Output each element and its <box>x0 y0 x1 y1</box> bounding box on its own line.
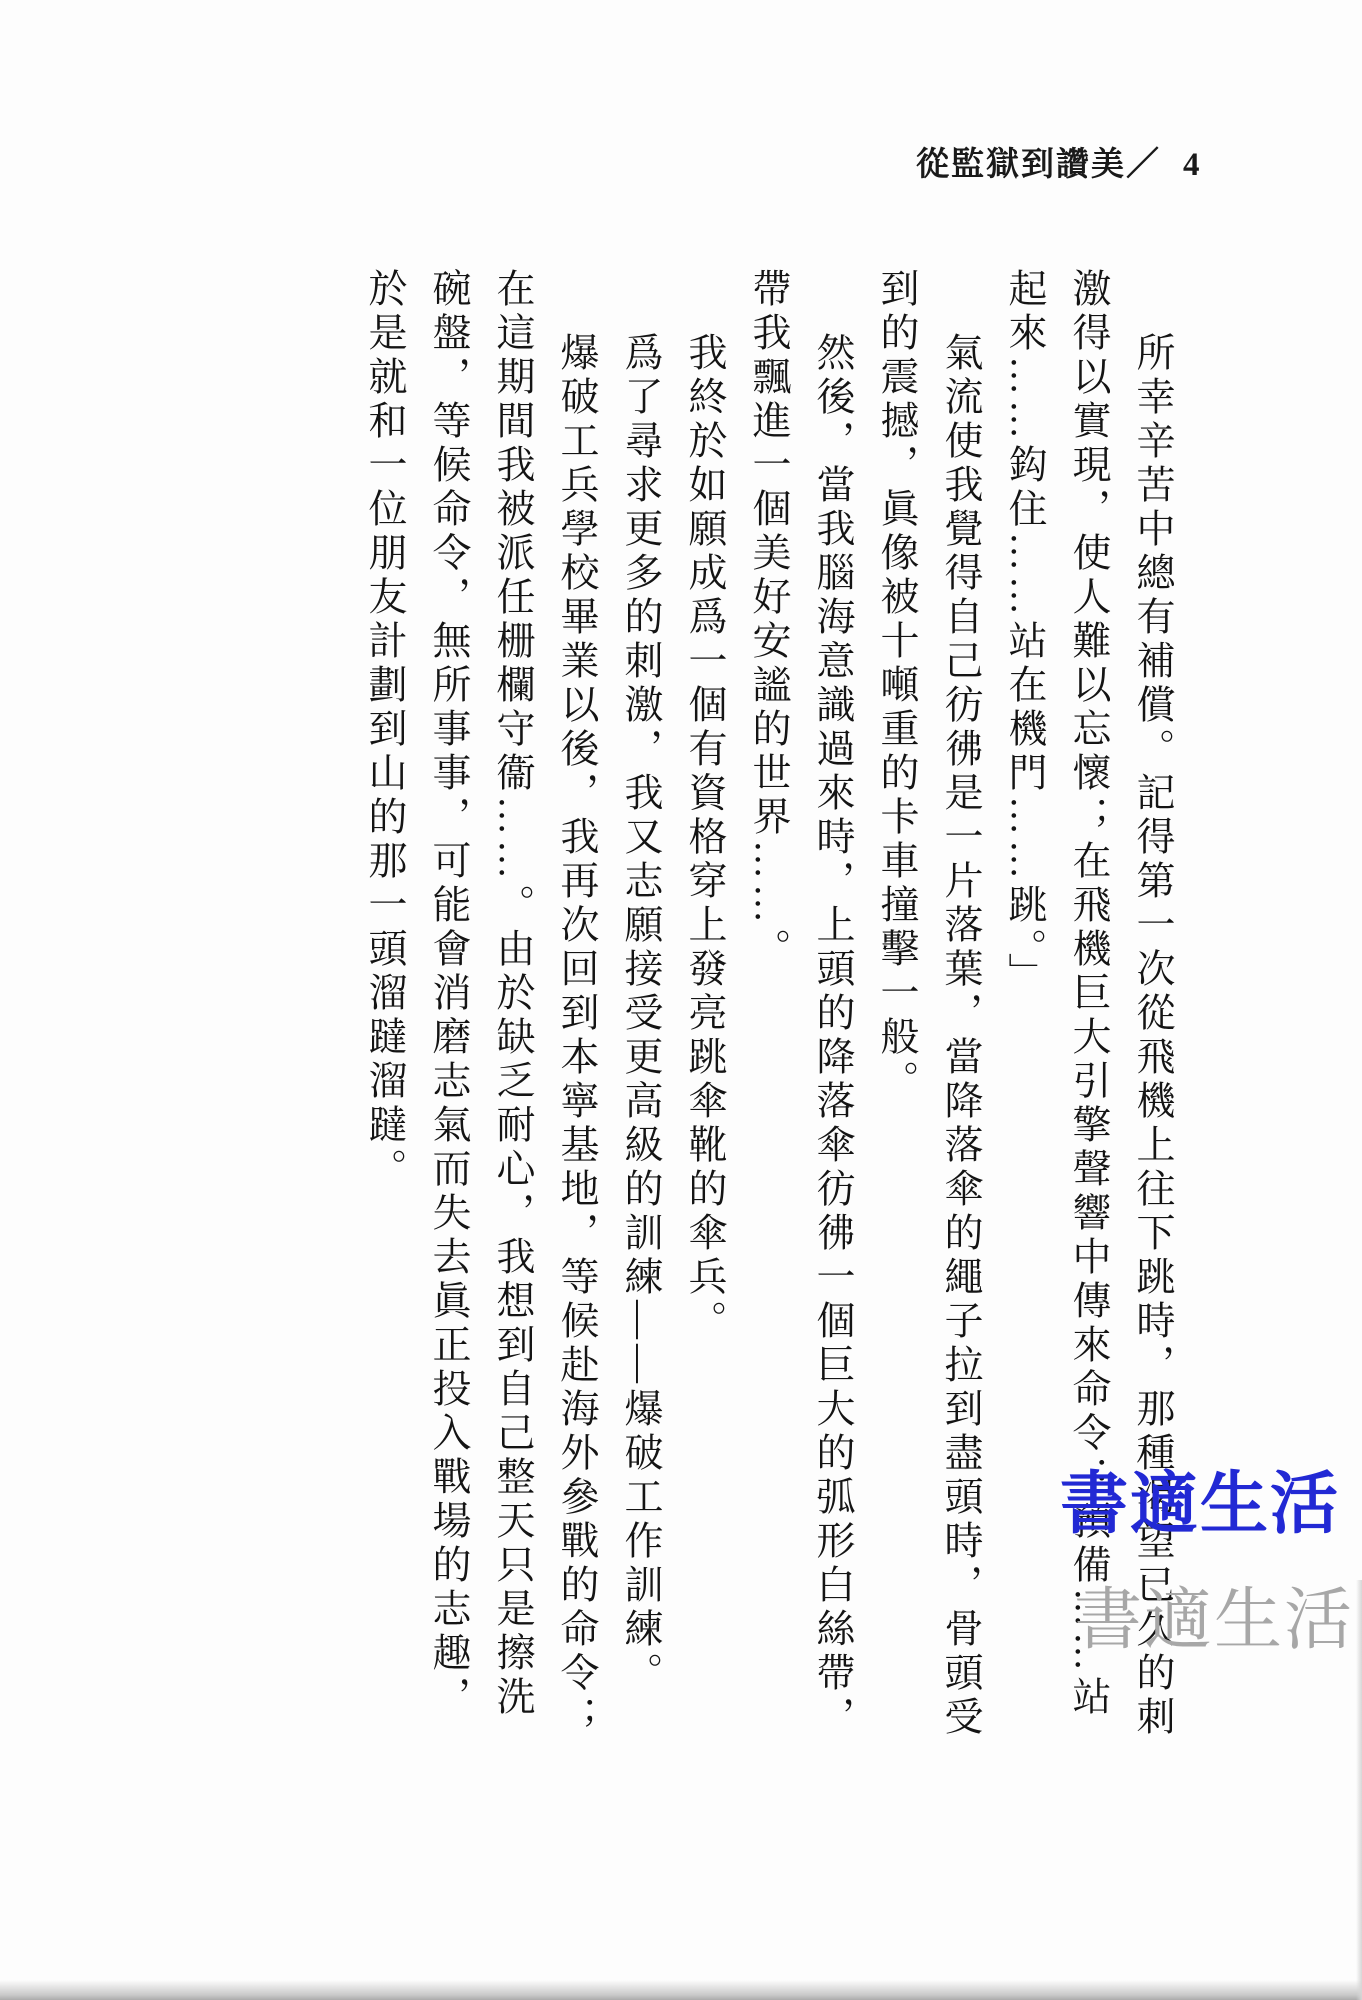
paragraph: 爲了尋求更多的刺激，我又志願接受更高級的訓練——爆破工作訓練。 <box>608 268 672 1758</box>
paragraph: 氣流使我覺得自己彷彿是一片落葉，當降落傘的繩子拉到盡頭時，骨頭受到的震撼，眞像被… <box>864 268 992 1758</box>
paragraph: 爆破工兵學校畢業以後，我再次回到本寧基地，等候赴海外參戰的命令；在這期間我被派任… <box>352 268 608 1758</box>
book-title: 從監獄到讚美／ <box>916 147 1161 183</box>
body-text: 所幸辛苦中總有補償。記得第一次從飛機上往下跳時，那種渴望已久的刺激得以實現，使人… <box>344 268 1184 1758</box>
book-page: 從監獄到讚美／4 所幸辛苦中總有補償。記得第一次從飛機上往下跳時，那種渴望已久的… <box>0 0 1362 2000</box>
paragraph: 所幸辛苦中總有補償。記得第一次從飛機上往下跳時，那種渴望已久的刺激得以實現，使人… <box>992 268 1184 1758</box>
running-header: 從監獄到讚美／4 <box>916 138 1202 185</box>
paragraph: 我終於如願成爲一個有資格穿上發亮跳傘靴的傘兵。 <box>672 268 736 1758</box>
page-right-scan-shadow <box>1356 1580 1362 2000</box>
page-number: 4 <box>1183 147 1202 184</box>
page-bottom-scan-shadow <box>0 1980 1362 2000</box>
paragraph: 然後，當我腦海意識過來時，上頭的降落傘彷彿一個巨大的弧形白絲帶，帶我飄進一個美好… <box>736 268 864 1758</box>
